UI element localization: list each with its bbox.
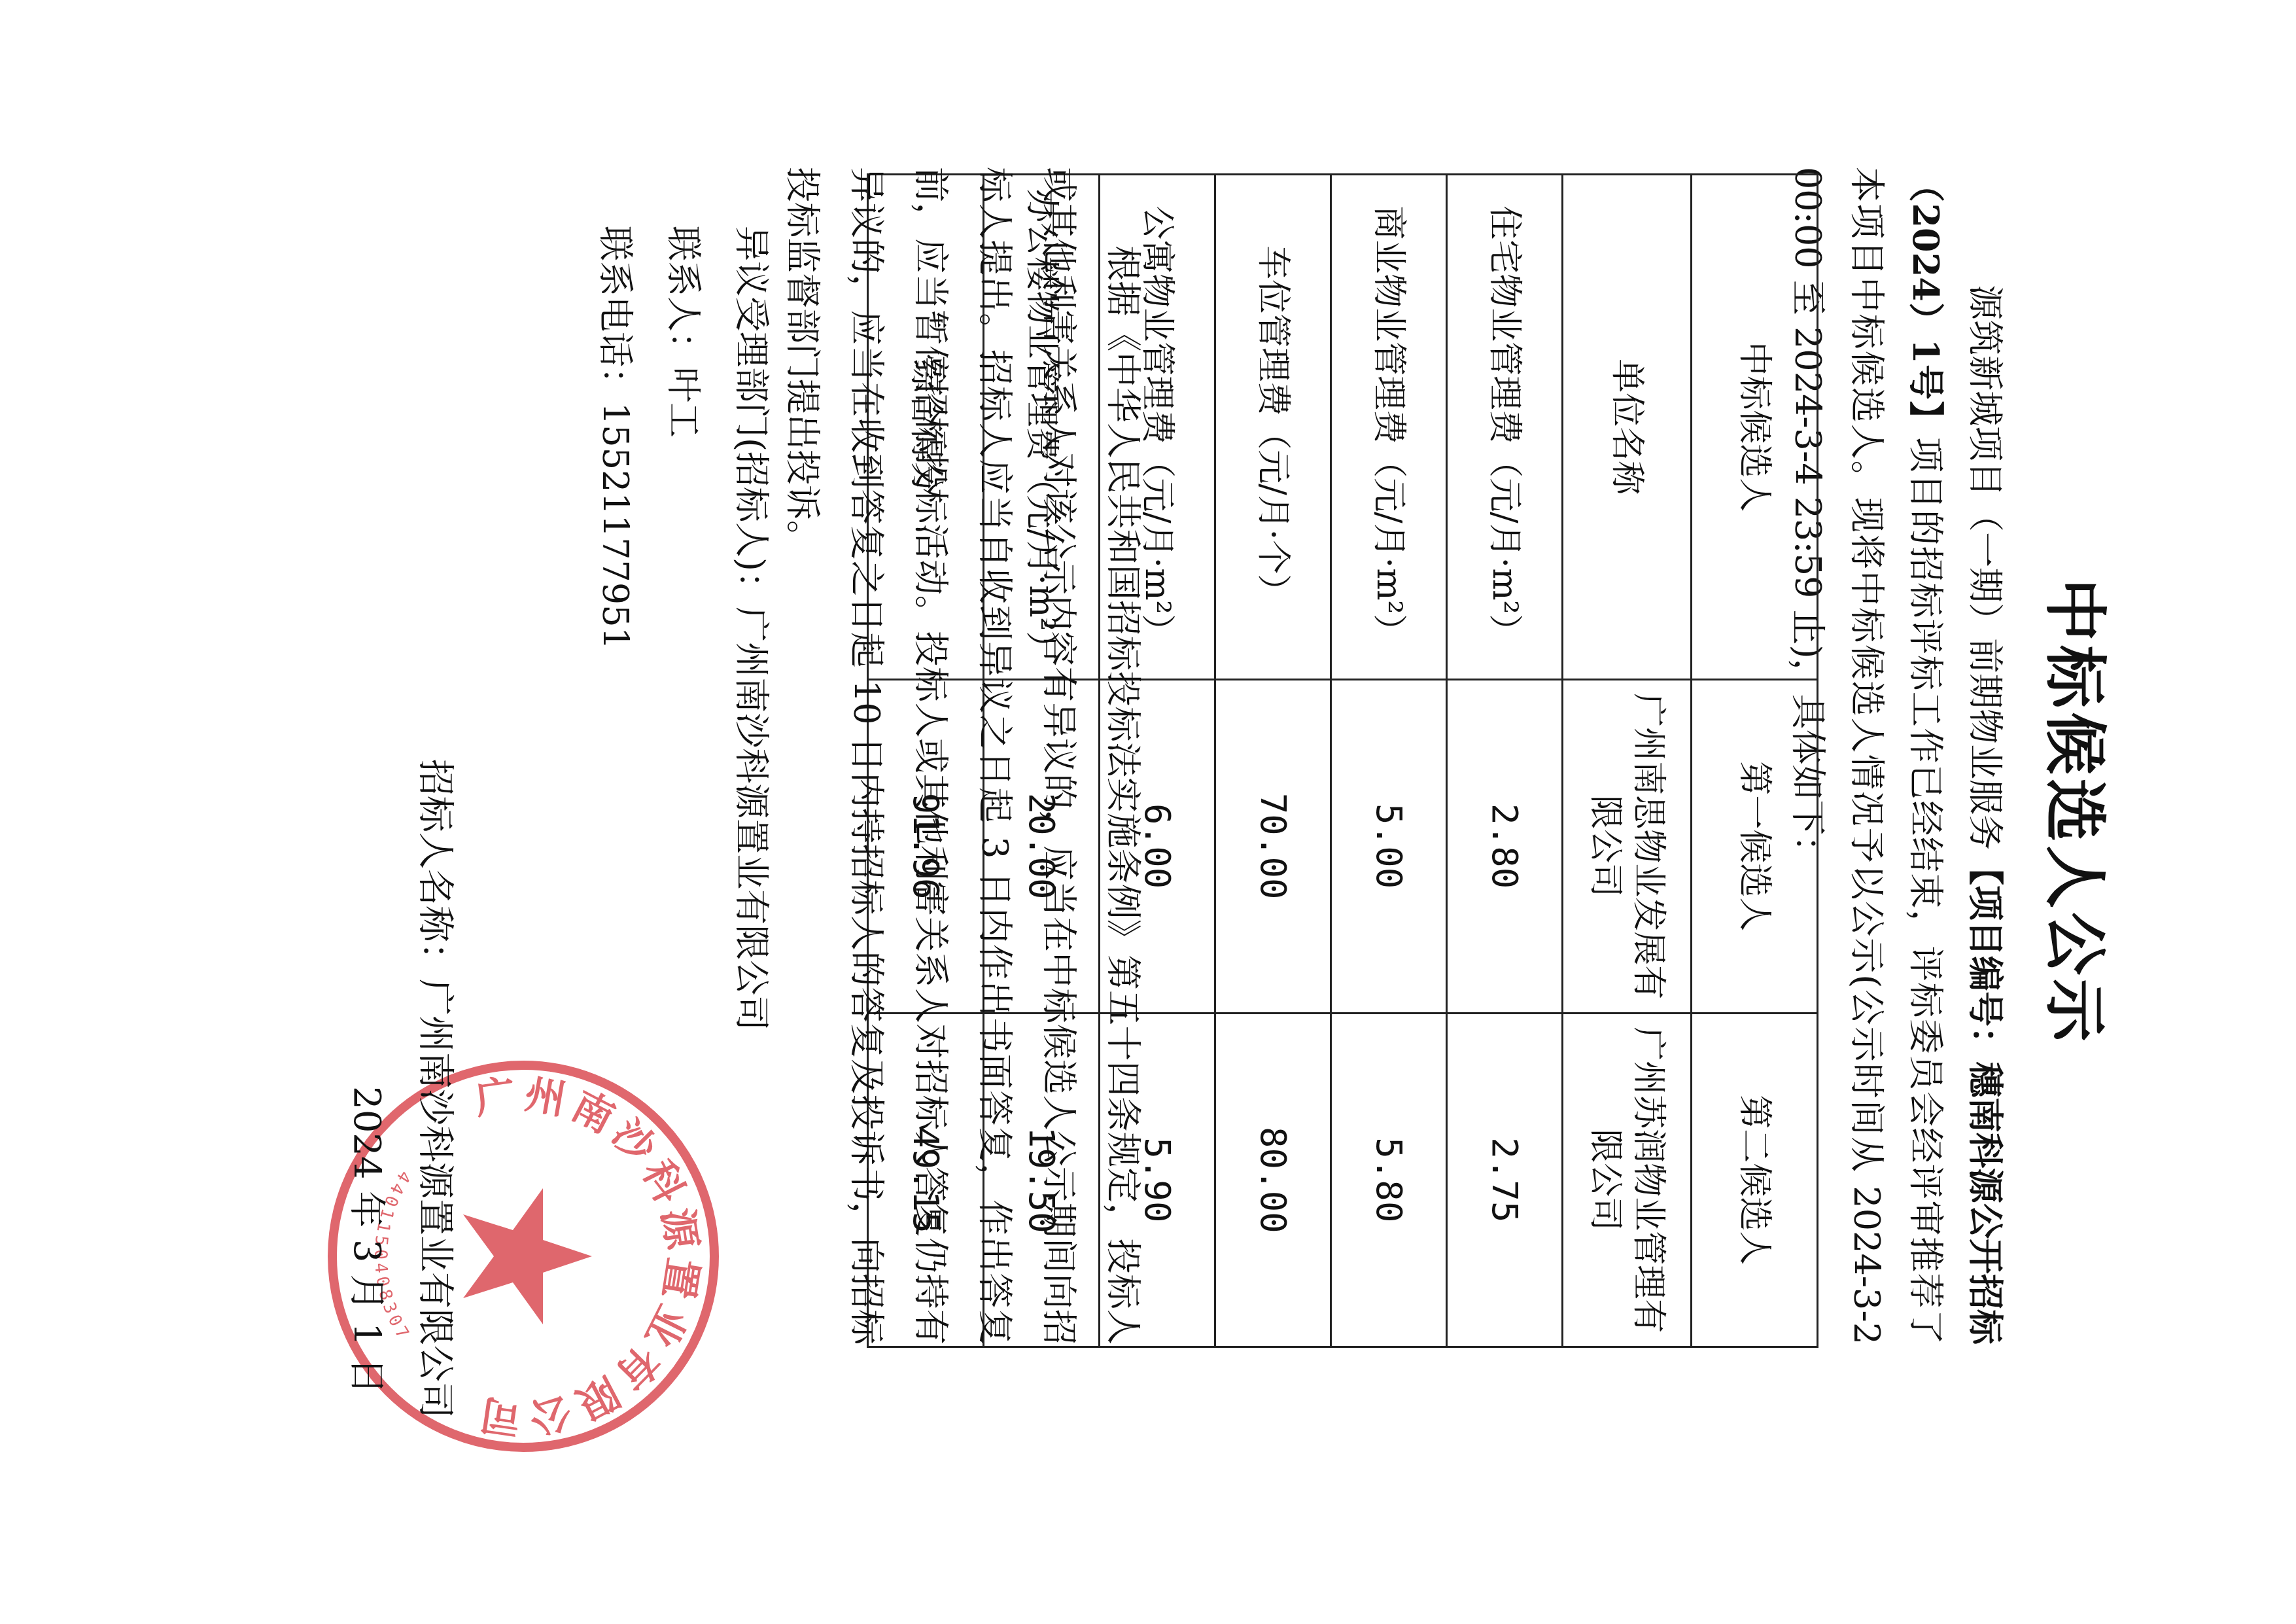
row-label: 商业物业管理费（元/月·m²）: [1331, 175, 1447, 680]
table-row: 住宅物业管理费（元/月·m²） 2.80 2.75: [1447, 175, 1563, 1347]
table-row: 单位名称 广州南思物业发展有限公司 广州苏润物业管理有限公司: [1563, 175, 1692, 1347]
second-candidate-value: 5.80: [1331, 1013, 1447, 1347]
first-candidate-value: 广州南思物业发展有限公司: [1563, 679, 1692, 1013]
first-candidate-value: 5.00: [1331, 679, 1447, 1013]
issuer-name: 招标人名称：广州南沙科源置业有限公司: [412, 759, 464, 1419]
header-label: 中标候选人: [1692, 175, 1818, 680]
issue-date: 2024 年 3 月 1 日: [343, 1086, 396, 1394]
svg-text:广州南沙科源置业有限公司: 广州南沙科源置业有限公司: [472, 1070, 708, 1443]
objection-text: 根据《中华人民共和国招标投标法实施条例》第五十四条规定，投标人或其他利害关系人对…: [782, 167, 1143, 1345]
row-label: 单位名称: [1563, 175, 1692, 680]
header-second-candidate: 第二候选人: [1692, 1013, 1818, 1347]
objection-department: 异议受理部门(招标人)：广州南沙科源置业有限公司: [717, 226, 785, 1031]
header-first-candidate: 第一候选人: [1692, 679, 1818, 1013]
table-header-row: 中标候选人 第一候选人 第二候选人: [1692, 175, 1818, 1347]
row-label: 车位管理费（元/月·个）: [1215, 175, 1331, 680]
table-row: 商业物业管理费（元/月·m²） 5.00 5.80: [1331, 175, 1447, 1347]
page-title: 中标候选人公示: [2035, 0, 2125, 1624]
second-candidate-value: 2.75: [1447, 1013, 1563, 1347]
contact-phone: 联系电话：15521177951: [581, 226, 649, 1031]
second-candidate-value: 80.00: [1215, 1013, 1331, 1347]
first-candidate-value: 70.00: [1215, 679, 1331, 1013]
project-name: 源筑新城项目（一期）前期物业服务: [1964, 285, 2006, 850]
objection-paragraph: 根据《中华人民共和国招标投标法实施条例》第五十四条规定，投标人或其他利害关系人对…: [770, 167, 1155, 1345]
contact-person: 联系人：叶工: [649, 226, 717, 1031]
table-row: 车位管理费（元/月·个） 70.00 80.00: [1215, 175, 1331, 1347]
seal-text: 广州南沙科源置业有限公司: [472, 1070, 708, 1443]
first-candidate-value: 2.80: [1447, 679, 1563, 1013]
contact-block: 异议受理部门(招标人)：广州南沙科源置业有限公司 联系人：叶工 联系电话：155…: [581, 226, 785, 1031]
document-page: 中标候选人公示 源筑新城项目（一期）前期物业服务【项目编号：穗南科源公开招标（2…: [0, 0, 2296, 1624]
second-candidate-value: 广州苏润物业管理有限公司: [1563, 1013, 1692, 1347]
row-label: 住宅物业管理费（元/月·m²）: [1447, 175, 1563, 680]
